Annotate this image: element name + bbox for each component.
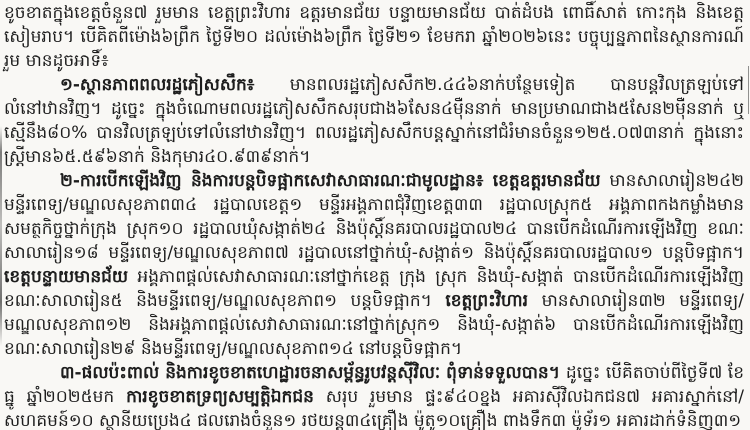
section-3-heading: ៣-ផលប៉ះពាល់ និងការខូចខាតហេដ្ឋារចនាសម្ព័ន… xyxy=(60,363,566,383)
paragraph-section-2: ២-ការបើកឡើងវិញ និងការបន្តបិទផ្អាកសេវាសាធ… xyxy=(4,169,744,361)
intro-text: ខូចខាតក្នុងខេត្តចំនួន៧ រួមមាន ខេត្តព្រះវ… xyxy=(4,3,744,71)
paragraph-section-1: ១-ស្ថានភាពពលរដ្ឋភៀសសឹក៖ មានពលរដ្ឋភៀសសឹក២… xyxy=(4,73,744,169)
province-banteay-meanchey: ខេត្តបន្ទាយមានជ័យ xyxy=(4,267,128,287)
scan-artifact-right-edge xyxy=(748,66,749,114)
section-1-heading: ១-ស្ថានភាពពលរដ្ឋភៀសសឹក៖ xyxy=(60,75,290,95)
section-2-heading: ២-ការបើកឡើងវិញ និងការបន្តបិទផ្អាកសេវាសាធ… xyxy=(60,171,493,191)
province-preah-vihear: ខេត្តព្រះវិហារ xyxy=(445,291,528,311)
paragraph-intro: ខូចខាតក្នុងខេត្តចំនួន៧ រួមមាន ខេត្តព្រះវ… xyxy=(4,1,744,73)
scan-artifact-left-edge xyxy=(0,126,2,346)
province-oddar-meanchey: ខេត្តឧត្តរមានជ័យ xyxy=(493,171,601,191)
paragraph-section-3: ៣-ផលប៉ះពាល់ និងការខូចខាតហេដ្ឋារចនាសម្ព័ន… xyxy=(4,361,744,430)
document-page: ខូចខាតក្នុងខេត្តចំនួន៧ រួមមាន ខេត្តព្រះវ… xyxy=(0,0,750,430)
section-3-subheading-private-property-damage: ការខូចខាតទ្រព្យសម្បត្តិឯកជន xyxy=(126,387,314,407)
